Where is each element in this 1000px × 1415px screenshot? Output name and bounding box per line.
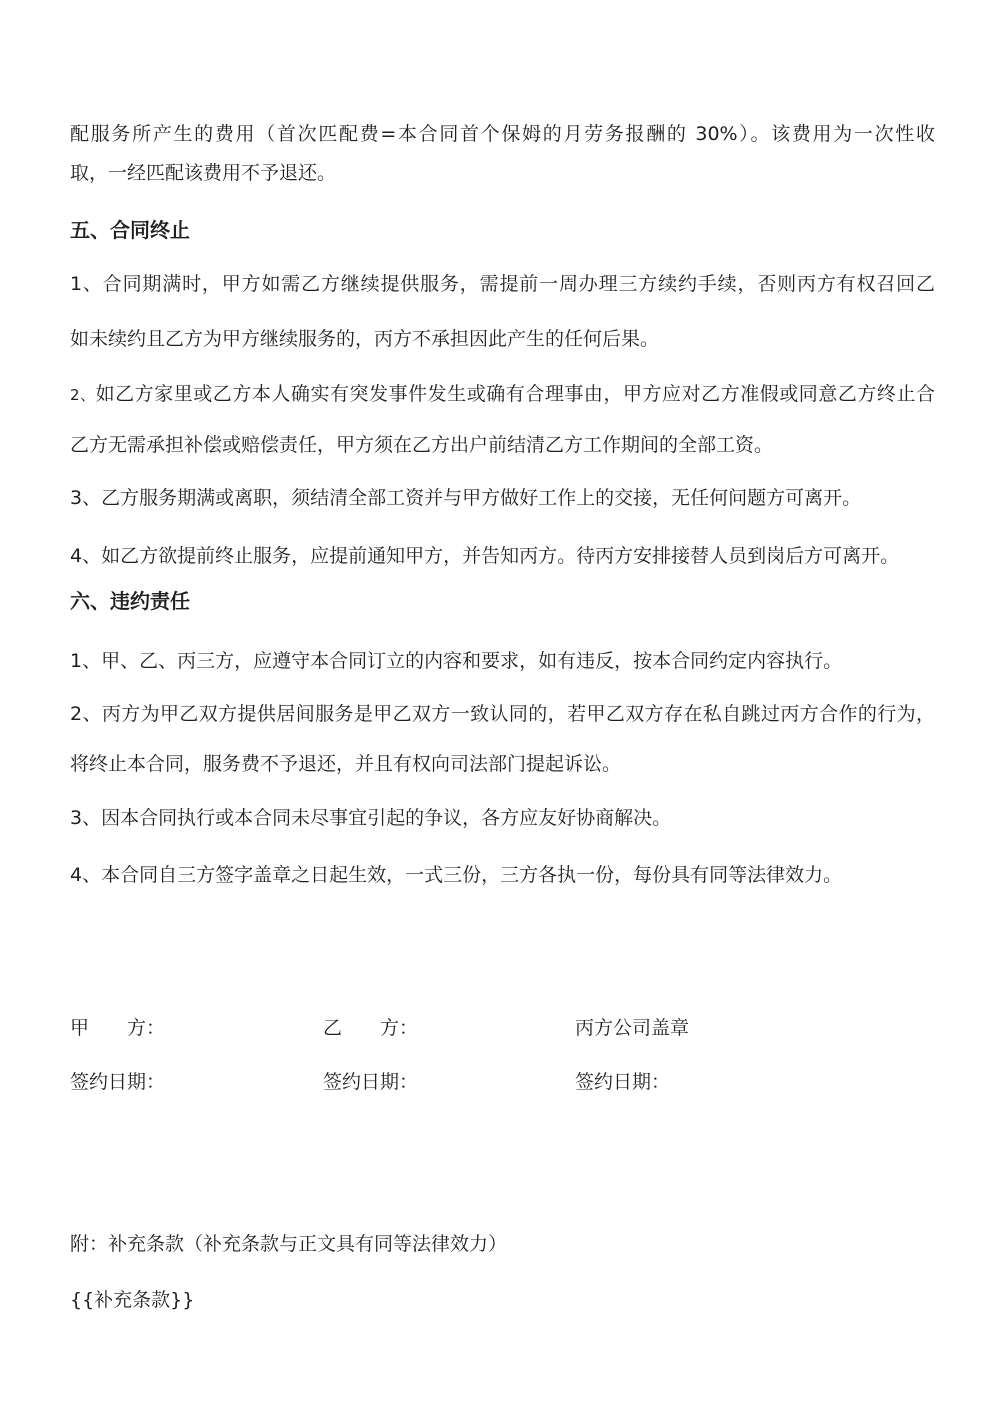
contract-text-line: 3、因本合同执行或本合同未尽事宜引起的争议，各方应友好协商解决。 (70, 804, 935, 832)
signature-date-row: 签约日期： 签约日期： 签约日期： (70, 1068, 935, 1096)
contract-text-line: 将终止本合同，服务费不予退还，并且有权向司法部门提起诉讼。 (70, 750, 935, 778)
clause-text: 如乙方家里或乙方本人确实有突发事件发生或确有合理事由，甲方应对乙方准假或同意乙方… (70, 383, 935, 408)
contract-text-line: 3、乙方服务期满或离职，须结清全部工资并与甲方做好工作上的交接，无任何问题方可离… (70, 484, 935, 512)
contract-text-line: 4、如乙方欲提前终止服务，应提前通知甲方，并告知丙方。待丙方安排接替人员到岗后方… (70, 542, 935, 570)
contract-text-line: 2、如乙方家里或乙方本人确实有突发事件发生或确有合理事由，甲方应对乙方准假或同意… (70, 380, 935, 408)
clause-number: 2、 (70, 386, 96, 404)
contract-text-line: 1、甲、乙、丙三方，应遵守本合同订立的内容和要求，如有违反，按本合同约定内容执行… (70, 647, 935, 675)
contract-text-line: 2、丙方为甲乙双方提供居间服务是甲乙双方一致认同的，若甲乙双方存在私自跳过丙方合… (70, 700, 935, 728)
sign-date-label-b: 签约日期： (323, 1068, 418, 1096)
party-a-label: 甲 方： (70, 1014, 165, 1042)
contract-text-line: 4、本合同自三方签字盖章之日起生效，一式三份，三方各执一份，每份具有同等法律效力… (70, 861, 935, 889)
contract-text-line: 乙方无需承担补偿或赔偿责任，甲方须在乙方出户前结清乙方工作期间的全部工资。 (70, 431, 935, 459)
contract-text-line: 取，一经匹配该费用不予退还。 (70, 159, 935, 187)
signature-row: 甲 方： 乙 方： 丙方公司盖章 (70, 1014, 935, 1042)
party-c-seal-label: 丙方公司盖章 (575, 1014, 689, 1042)
contract-page: 配服务所产生的费用（首次匹配费=本合同首个保姆的月劳务报酬的 30%）。该费用为… (0, 0, 1000, 1415)
contract-text-line: 如未续约且乙方为甲方继续服务的，丙方不承担因此产生的任何后果。 (70, 325, 935, 353)
appendix-note: 附：补充条款（补充条款与正文具有同等法律效力） (70, 1230, 935, 1258)
section-heading-breach: 六、违约责任 (70, 587, 935, 615)
section-heading-termination: 五、合同终止 (70, 216, 935, 244)
sign-date-label-a: 签约日期： (70, 1068, 165, 1096)
contract-text-line: 1、合同期满时，甲方如需乙方继续提供服务，需提前一周办理三方续约手续，否则丙方有… (70, 270, 935, 298)
sign-date-label-c: 签约日期： (575, 1068, 670, 1096)
party-b-label: 乙 方： (323, 1014, 418, 1042)
supplement-placeholder: {{补充条款}} (70, 1286, 935, 1314)
contract-text-line: 配服务所产生的费用（首次匹配费=本合同首个保姆的月劳务报酬的 30%）。该费用为… (70, 120, 935, 148)
